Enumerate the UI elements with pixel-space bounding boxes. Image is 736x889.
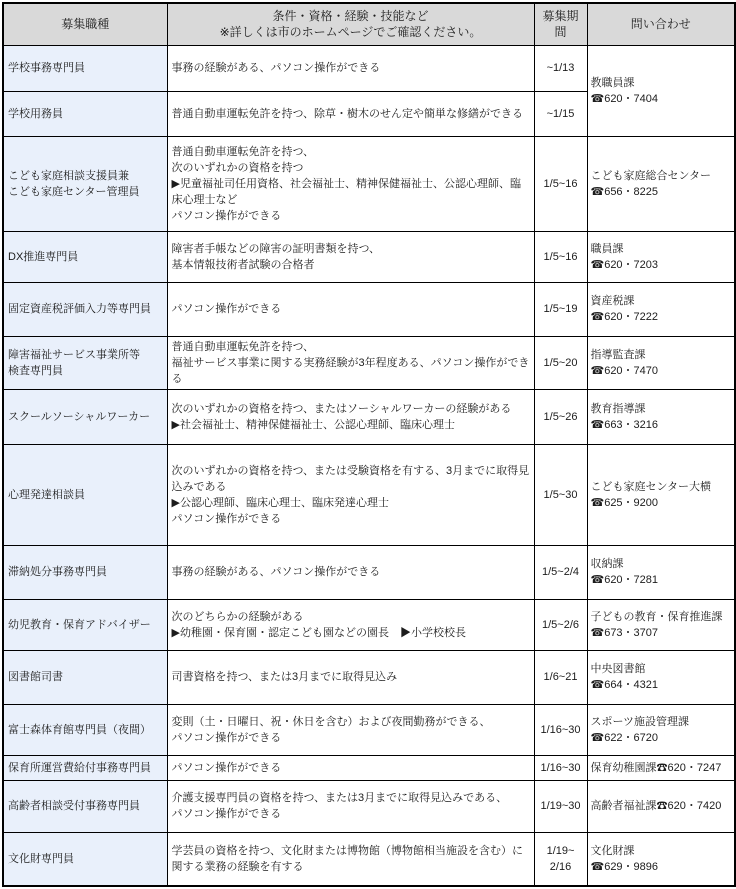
job-title-cell: 保育所運営費給付事務専門員 <box>3 755 167 780</box>
period-cell: 1/5~16 <box>534 231 587 282</box>
contact-cell: 文化財課 ☎629・9896 <box>587 832 735 886</box>
job-title-cell: こども家庭相談支援員兼 こども家庭センター管理員 <box>3 136 167 231</box>
contact-cell: 収納課 ☎620・7281 <box>587 545 735 599</box>
period-cell: ~1/15 <box>534 91 587 136</box>
conditions-cell: 障害者手帳などの障害の証明書類を持つ、 基本情報技術者試験の合格者 <box>167 231 534 282</box>
table-row: こども家庭相談支援員兼 こども家庭センター管理員 普通自動車運転免許を持つ、 次… <box>3 136 735 231</box>
job-title-cell: 固定資産税評価入力等専門員 <box>3 282 167 336</box>
contact-cell: 中央図書館 ☎664・4321 <box>587 650 735 704</box>
table-row: 保育所運営費給付事務専門員 パソコン操作ができる 1/16~30 保育幼稚園課☎… <box>3 755 735 780</box>
period-cell: 1/5~2/6 <box>534 599 587 650</box>
table-row: スクールソーシャルワーカー 次のいずれかの資格を持つ、またはソーシャルワーカーの… <box>3 389 735 444</box>
table-row: 学校事務専門員 事務の経験がある、パソコン操作ができる ~1/13 教職員課 ☎… <box>3 45 735 91</box>
job-title-cell: 滞納処分事務専門員 <box>3 545 167 599</box>
job-title-cell: 学校用務員 <box>3 91 167 136</box>
contact-cell: 高齢者福祉課☎620・7420 <box>587 780 735 832</box>
header-job: 募集職種 <box>3 3 167 45</box>
contact-cell: こども家庭センター大横 ☎625・9200 <box>587 444 735 545</box>
header-contact: 問い合わせ <box>587 3 735 45</box>
job-title-cell: 図書館司書 <box>3 650 167 704</box>
conditions-cell: 普通自動車運転免許を持つ、 福祉サービス事業に関する実務経験が3年程度ある、パソ… <box>167 336 534 389</box>
job-title-cell: 障害福祉サービス事業所等 検査専門員 <box>3 336 167 389</box>
contact-cell: こども家庭総合センター ☎656・8225 <box>587 136 735 231</box>
table-row: 滞納処分事務専門員 事務の経験がある、パソコン操作ができる 1/5~2/4 収納… <box>3 545 735 599</box>
table-row: 固定資産税評価入力等専門員 パソコン操作ができる 1/5~19 資産税課 ☎62… <box>3 282 735 336</box>
conditions-cell: 変則（土・日曜日、祝・休日を含む）および夜間勤務ができる、 パソコン操作ができる <box>167 704 534 755</box>
table-row: 文化財専門員 学芸員の資格を持つ、文化財または博物館（博物館相当施設を含む）に関… <box>3 832 735 886</box>
header-period: 募集期間 <box>534 3 587 45</box>
table-row: 図書館司書 司書資格を持つ、または3月までに取得見込み 1/6~21 中央図書館… <box>3 650 735 704</box>
table-row: 高齢者相談受付事務専門員 介護支援専門員の資格を持つ、または3月までに取得見込み… <box>3 780 735 832</box>
period-cell: 1/5~19 <box>534 282 587 336</box>
job-title-cell: 文化財専門員 <box>3 832 167 886</box>
conditions-cell: 次のいずれかの資格を持つ、またはソーシャルワーカーの経験がある ▶社会福祉士、精… <box>167 389 534 444</box>
table-row: 富士森体育館専門員（夜間） 変則（土・日曜日、祝・休日を含む）および夜間勤務がで… <box>3 704 735 755</box>
conditions-cell: 普通自動車運転免許を持つ、除草・樹木のせん定や簡単な修繕ができる <box>167 91 534 136</box>
header-conditions: 条件・資格・経験・技能など ※詳しくは市のホームページでご確認ください。 <box>167 3 534 45</box>
period-cell: 1/6~21 <box>534 650 587 704</box>
contact-cell: 教職員課 ☎620・7404 <box>587 45 735 136</box>
period-cell: ~1/13 <box>534 45 587 91</box>
contact-cell: スポーツ施設管理課 ☎622・6720 <box>587 704 735 755</box>
conditions-cell: 事務の経験がある、パソコン操作ができる <box>167 45 534 91</box>
contact-cell: 子どもの教育・保育推進課 ☎673・3707 <box>587 599 735 650</box>
conditions-cell: パソコン操作ができる <box>167 755 534 780</box>
job-title-cell: 幼児教育・保育アドバイザー <box>3 599 167 650</box>
table-row: DX推進専門員 障害者手帳などの障害の証明書類を持つ、 基本情報技術者試験の合格… <box>3 231 735 282</box>
period-cell: 1/19~30 <box>534 780 587 832</box>
conditions-cell: 次のどちらかの経験がある ▶幼稚園・保育園・認定こども園などの園長 ▶小学校校長 <box>167 599 534 650</box>
period-cell: 1/16~30 <box>534 704 587 755</box>
period-cell: 1/16~30 <box>534 755 587 780</box>
table-row: 心理発達相談員 次のいずれかの資格を持つ、または受験資格を有する、3月までに取得… <box>3 444 735 545</box>
job-title-cell: 心理発達相談員 <box>3 444 167 545</box>
period-cell: 1/5~2/4 <box>534 545 587 599</box>
job-title-cell: 高齢者相談受付事務専門員 <box>3 780 167 832</box>
contact-cell: 保育幼稚園課☎620・7247 <box>587 755 735 780</box>
conditions-cell: 学芸員の資格を持つ、文化財または博物館（博物館相当施設を含む）に関する業務の経験… <box>167 832 534 886</box>
conditions-cell: 普通自動車運転免許を持つ、 次のいずれかの資格を持つ ▶児童福祉司任用資格、社会… <box>167 136 534 231</box>
job-title-cell: DX推進専門員 <box>3 231 167 282</box>
header-row: 募集職種 条件・資格・経験・技能など ※詳しくは市のホームページでご確認ください… <box>3 3 735 45</box>
conditions-cell: 事務の経験がある、パソコン操作ができる <box>167 545 534 599</box>
conditions-cell: 介護支援専門員の資格を持つ、または3月までに取得見込みである、 パソコン操作がで… <box>167 780 534 832</box>
job-title-cell: 学校事務専門員 <box>3 45 167 91</box>
table-row: 障害福祉サービス事業所等 検査専門員 普通自動車運転免許を持つ、 福祉サービス事… <box>3 336 735 389</box>
page: 募集職種 条件・資格・経験・技能など ※詳しくは市のホームページでご確認ください… <box>0 0 736 889</box>
job-title-cell: スクールソーシャルワーカー <box>3 389 167 444</box>
conditions-cell: 次のいずれかの資格を持つ、または受験資格を有する、3月までに取得見込みである ▶… <box>167 444 534 545</box>
recruitment-table: 募集職種 条件・資格・経験・技能など ※詳しくは市のホームページでご確認ください… <box>2 2 736 887</box>
contact-cell: 指導監査課 ☎620・7470 <box>587 336 735 389</box>
period-cell: 1/5~30 <box>534 444 587 545</box>
contact-cell: 職員課 ☎620・7203 <box>587 231 735 282</box>
contact-cell: 資産税課 ☎620・7222 <box>587 282 735 336</box>
contact-cell: 教育指導課 ☎663・3216 <box>587 389 735 444</box>
period-cell: 1/19~ 2/16 <box>534 832 587 886</box>
job-title-cell: 富士森体育館専門員（夜間） <box>3 704 167 755</box>
table-row: 幼児教育・保育アドバイザー 次のどちらかの経験がある ▶幼稚園・保育園・認定こど… <box>3 599 735 650</box>
period-cell: 1/5~20 <box>534 336 587 389</box>
conditions-cell: 司書資格を持つ、または3月までに取得見込み <box>167 650 534 704</box>
period-cell: 1/5~16 <box>534 136 587 231</box>
period-cell: 1/5~26 <box>534 389 587 444</box>
conditions-cell: パソコン操作ができる <box>167 282 534 336</box>
